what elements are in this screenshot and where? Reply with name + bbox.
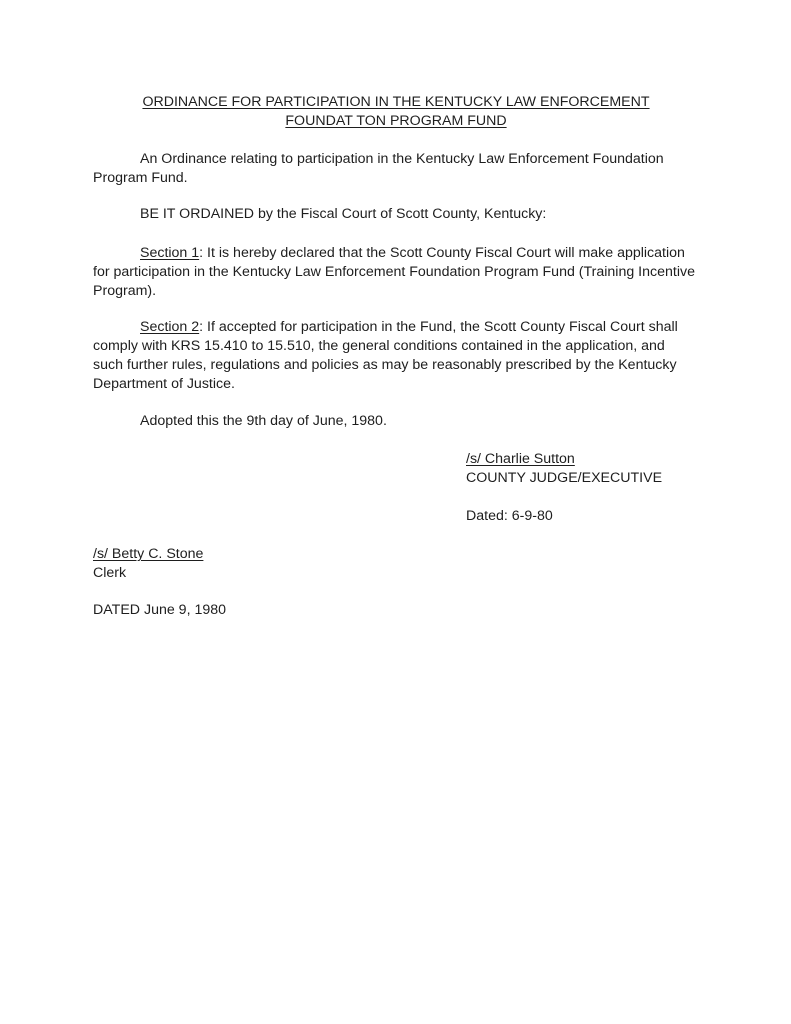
document-title: ORDINANCE FOR PARTICIPATION IN THE KENTU… xyxy=(93,93,699,130)
section-1-label: Section 1 xyxy=(140,245,199,261)
intro-paragraph: An Ordinance relating to participation i… xyxy=(93,150,699,188)
title-line-1: ORDINANCE FOR PARTICIPATION IN THE KENTU… xyxy=(93,93,699,112)
document-page: ORDINANCE FOR PARTICIPATION IN THE KENTU… xyxy=(0,0,791,1024)
section-2-line-4: Department of Justice. xyxy=(93,375,699,394)
section-2-line-2: comply with KRS 15.410 to 15.510, the ge… xyxy=(93,337,699,356)
section-1-paragraph: Section 1: It is hereby declared that th… xyxy=(93,244,699,301)
section-1-line-1-text: : It is hereby declared that the Scott C… xyxy=(199,245,685,261)
intro-line-1: An Ordinance relating to participation i… xyxy=(93,150,699,169)
section-2-line-1-text: : If accepted for participation in the F… xyxy=(199,319,678,335)
section-2-label: Section 2 xyxy=(140,319,199,335)
section-2-line-1: Section 2: If accepted for participation… xyxy=(93,318,699,337)
clerk-signature-block: /s/ Betty C. Stone Clerk xyxy=(93,545,203,583)
clerk-signature-title: Clerk xyxy=(93,564,203,583)
ordained-text: BE IT ORDAINED by the Fiscal Court of Sc… xyxy=(93,205,699,224)
section-2-paragraph: Section 2: If accepted for participation… xyxy=(93,318,699,394)
clerk-signature-name: /s/ Betty C. Stone xyxy=(93,545,203,564)
intro-line-2: Program Fund. xyxy=(93,169,699,188)
adopted-paragraph: Adopted this the 9th day of June, 1980. xyxy=(93,412,699,431)
adopted-text: Adopted this the 9th day of June, 1980. xyxy=(93,412,699,431)
title-line-2: FOUNDAT TON PROGRAM FUND xyxy=(93,112,699,131)
section-1-line-3: Program). xyxy=(93,282,699,301)
judge-signature-title: COUNTY JUDGE/EXECUTIVE xyxy=(466,469,662,488)
judge-signature-block: /s/ Charlie Sutton COUNTY JUDGE/EXECUTIV… xyxy=(466,450,662,488)
section-1-line-1: Section 1: It is hereby declared that th… xyxy=(93,244,699,263)
clerk-dated: DATED June 9, 1980 xyxy=(93,601,226,620)
judge-signature-name: /s/ Charlie Sutton xyxy=(466,450,662,469)
section-2-line-3: such further rules, regulations and poli… xyxy=(93,356,699,375)
ordained-paragraph: BE IT ORDAINED by the Fiscal Court of Sc… xyxy=(93,205,699,224)
section-1-line-2: for participation in the Kentucky Law En… xyxy=(93,263,699,282)
judge-dated: Dated: 6-9-80 xyxy=(466,507,553,526)
